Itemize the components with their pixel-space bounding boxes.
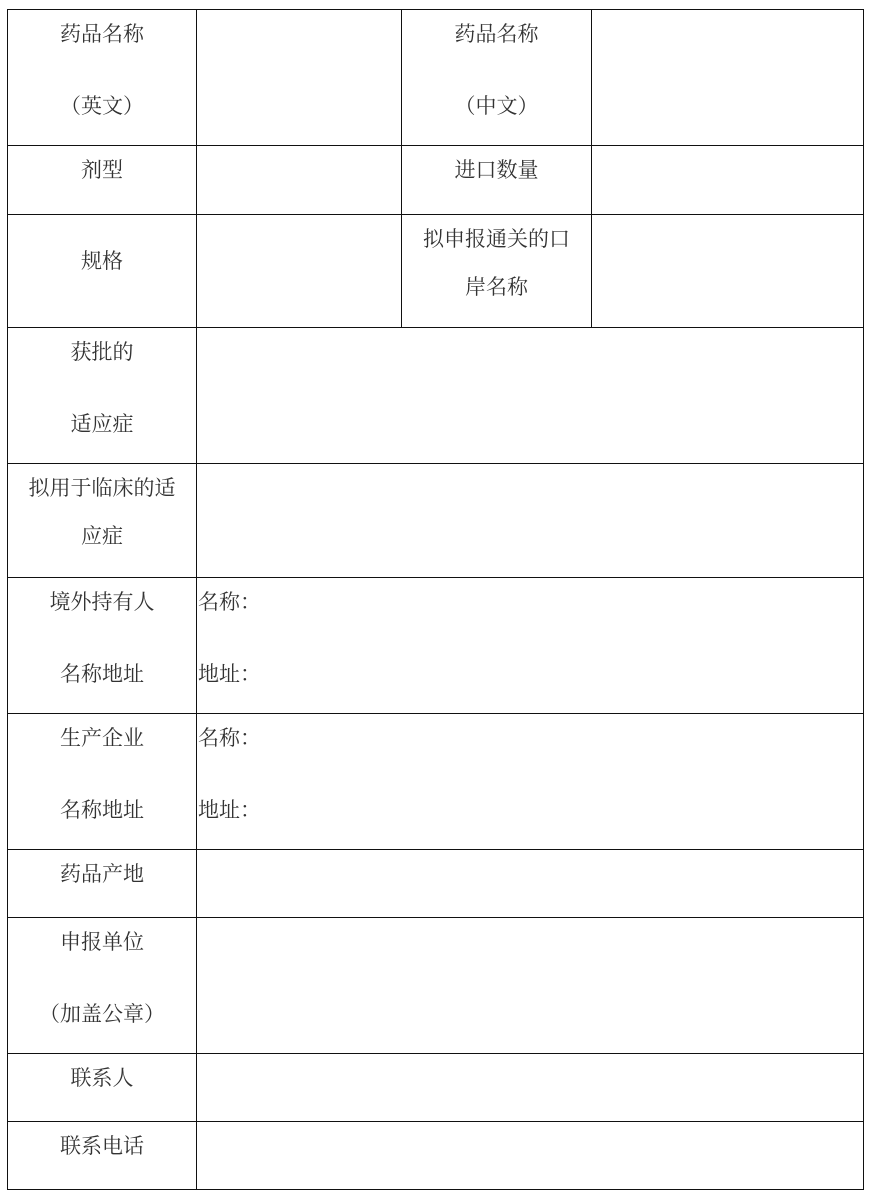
label-specification: 规格 [8,215,197,328]
field-dosage-form[interactable] [197,146,402,215]
holder-address-label: 地址： [197,658,863,688]
field-manufacturer[interactable]: 名称： 地址： [197,714,864,850]
row-clinical-indications: 拟用于临床的适 应症 [8,464,864,578]
field-drug-name-chinese[interactable] [592,10,864,146]
row-applicant: 申报单位 （加盖公章） [8,918,864,1054]
field-contact-phone[interactable] [197,1122,864,1190]
row-manufacturer: 生产企业 名称地址 名称： 地址： [8,714,864,850]
label-drug-origin: 药品产地 [8,850,197,918]
label-customs-port: 拟申报通关的口 岸名称 [402,215,592,328]
label-drug-name-english: 药品名称 （英文） [8,10,197,146]
label-drug-name-chinese: 药品名称 （中文） [402,10,592,146]
label-applicant-unit: 申报单位 （加盖公章） [8,918,197,1054]
manufacturer-name-label: 名称： [197,722,863,752]
row-contact-phone: 联系电话 [8,1122,864,1190]
row-approved-indications: 获批的 适应症 [8,328,864,464]
row-specification: 规格 拟申报通关的口 岸名称 [8,215,864,328]
label-contact-person: 联系人 [8,1054,197,1122]
field-drug-name-english[interactable] [197,10,402,146]
field-specification[interactable] [197,215,402,328]
label-import-quantity: 进口数量 [402,146,592,215]
drug-import-application-form: 药品名称 （英文） 药品名称 （中文） 剂型 进口数量 规格 拟申报通关的口 岸… [7,9,864,1190]
label-approved-indications: 获批的 适应症 [8,328,197,464]
field-clinical-indications[interactable] [197,464,864,578]
label-contact-phone: 联系电话 [8,1122,197,1190]
field-applicant-unit[interactable] [197,918,864,1054]
field-contact-person[interactable] [197,1054,864,1122]
field-approved-indications[interactable] [197,328,864,464]
label-manufacturer: 生产企业 名称地址 [8,714,197,850]
row-drug-name: 药品名称 （英文） 药品名称 （中文） [8,10,864,146]
row-dosage-form: 剂型 进口数量 [8,146,864,215]
row-contact-person: 联系人 [8,1054,864,1122]
label-clinical-indications: 拟用于临床的适 应症 [8,464,197,578]
manufacturer-address-label: 地址： [197,794,863,824]
field-import-quantity[interactable] [592,146,864,215]
holder-name-label: 名称： [197,586,863,616]
row-overseas-holder: 境外持有人 名称地址 名称： 地址： [8,578,864,714]
label-dosage-form: 剂型 [8,146,197,215]
label-overseas-holder: 境外持有人 名称地址 [8,578,197,714]
row-origin: 药品产地 [8,850,864,918]
field-overseas-holder[interactable]: 名称： 地址： [197,578,864,714]
field-customs-port[interactable] [592,215,864,328]
field-drug-origin[interactable] [197,850,864,918]
